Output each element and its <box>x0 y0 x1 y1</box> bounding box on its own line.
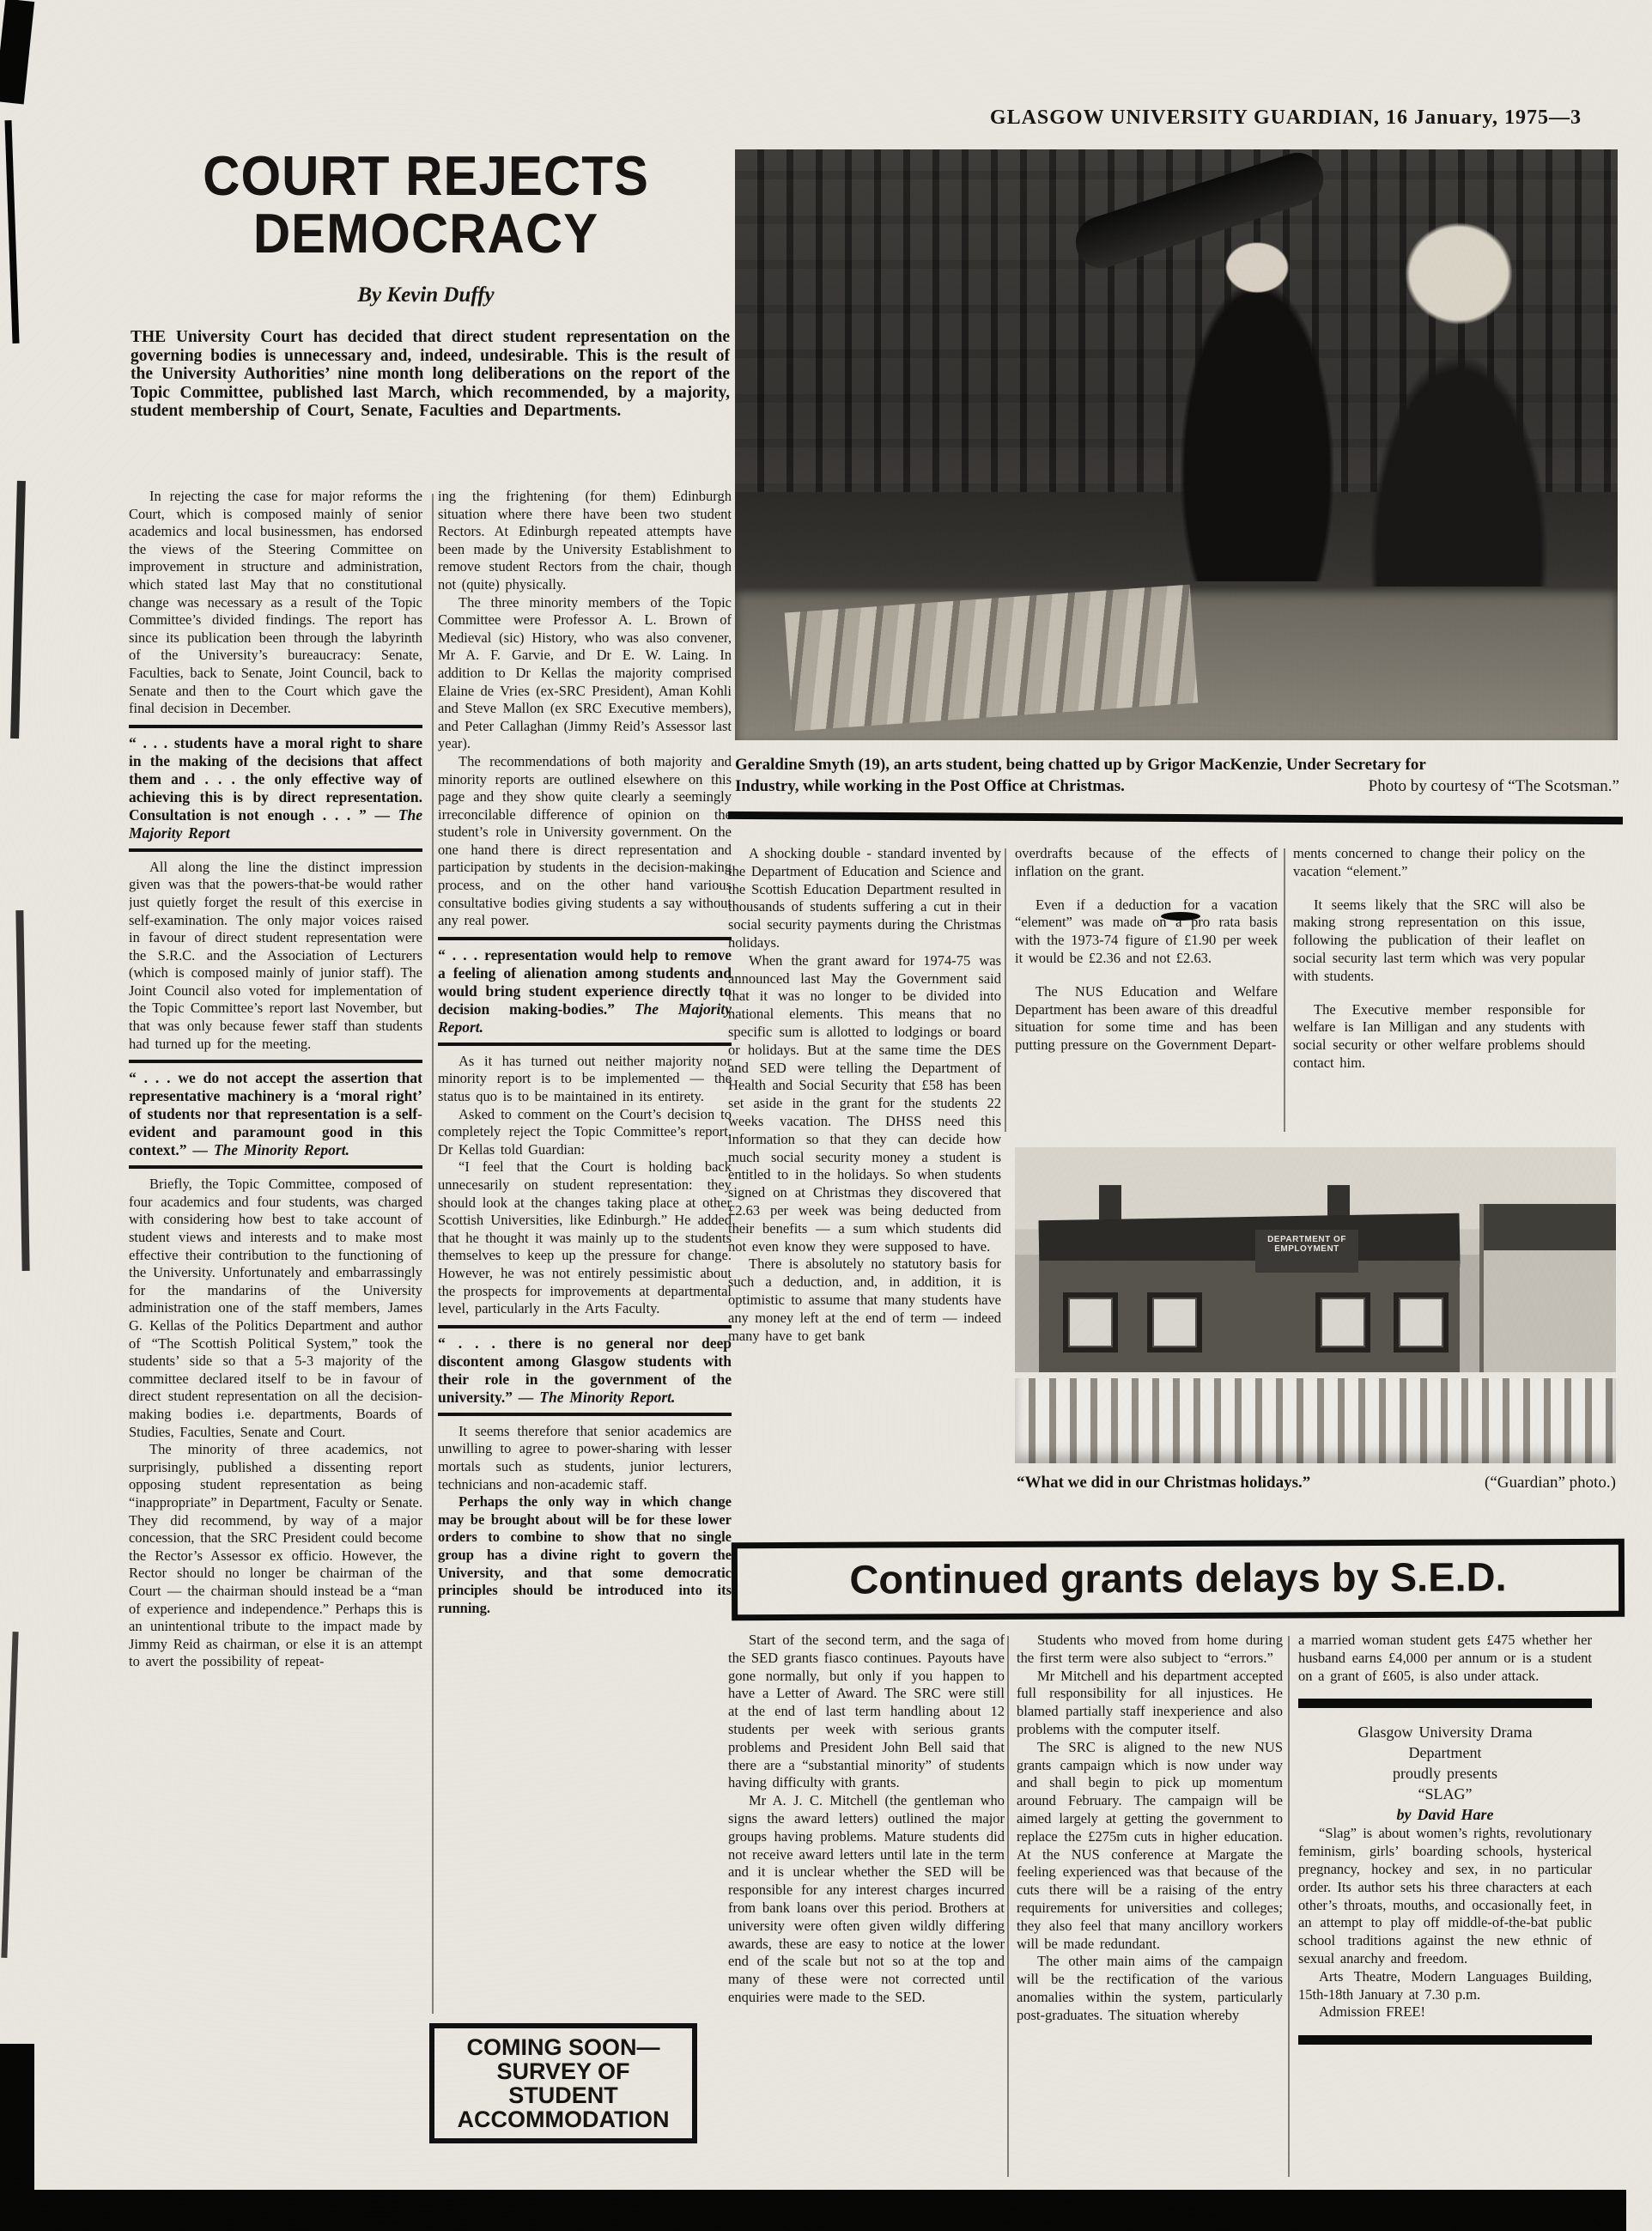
film-artifact <box>15 910 29 1271</box>
paragraph: Admission FREE! <box>1298 2003 1592 2021</box>
photo-window <box>1315 1292 1370 1353</box>
grants-story-column-3: a married woman student gets £475 whethe… <box>1298 1632 1592 2188</box>
ink-blot <box>1161 912 1200 921</box>
coming-soon-line: ACCOMMODATION <box>436 2107 690 2131</box>
coming-soon-line: SURVEY OF <box>436 2059 690 2083</box>
paragraph-bold: Perhaps the only way in which change may… <box>438 1493 732 1617</box>
paragraph: The NUS Education and Welfare Department… <box>1015 983 1278 1055</box>
film-artifact <box>1 1632 18 1958</box>
photo-post-office <box>735 149 1618 740</box>
grants-headline: Continued grants delays by S.E.D. <box>849 1553 1506 1602</box>
film-artifact <box>0 0 34 104</box>
paragraph: As it has turned out neither majority no… <box>438 1053 732 1106</box>
column-rule <box>1005 848 1006 1132</box>
photo1-caption-line2: Industry, while working in the Post Offi… <box>735 775 1125 797</box>
section-divider <box>728 812 1623 824</box>
lead-story-column-2: ing the frightening (for them) Edinburgh… <box>438 488 732 2025</box>
photo-cottage <box>1479 1204 1616 1381</box>
drama-ad-line: Department <box>1298 1742 1592 1763</box>
paragraph: Asked to comment on the Court’s decision… <box>438 1106 732 1159</box>
paragraph: overdrafts because of the effects of inf… <box>1015 845 1278 881</box>
drama-ad-heading: Glasgow University Drama Department prou… <box>1298 1722 1592 1825</box>
grants-story-column-2: Students who moved from home during the … <box>1017 1632 1283 2188</box>
photo-picket-fence <box>1015 1372 1616 1463</box>
paragraph: The other main aims of the campaign will… <box>1017 1953 1283 2024</box>
photo-window <box>1394 1292 1449 1353</box>
paragraph: The three minority members of the Topic … <box>438 594 732 753</box>
paragraph: A shocking double - standard invented by… <box>728 845 1001 952</box>
advert-divider <box>1298 1699 1592 1708</box>
paragraph: “I feel that the Court is holding back u… <box>438 1158 732 1317</box>
grants-headline-box: Continued grants delays by S.E.D. <box>732 1539 1625 1621</box>
coming-soon-line: COMING SOON— <box>436 2035 690 2059</box>
photo-window <box>1147 1292 1202 1353</box>
welfare-story-column-2: overdrafts because of the effects of inf… <box>1015 845 1278 1141</box>
pull-quote-minority-2: “ . . . there is no general nor deep dis… <box>438 1325 732 1416</box>
column-rule <box>1288 1636 1290 2177</box>
photo-window <box>1063 1292 1118 1353</box>
paragraph: There is absolutely no statutory basis f… <box>728 1255 1001 1345</box>
drama-ad-line: Glasgow University Drama <box>1298 1722 1592 1742</box>
paragraph: All along the line the distinct impressi… <box>129 859 422 1054</box>
paragraph: The minority of three academics, not sur… <box>129 1441 422 1671</box>
paragraph: Students who moved from home during the … <box>1017 1632 1283 1668</box>
lead-story-columns: In rejecting the case for major reforms … <box>129 488 732 2124</box>
paragraph: The Executive member responsible for wel… <box>1293 1001 1585 1073</box>
photo2-caption: “What we did in our Christmas holidays.”… <box>1017 1474 1616 1492</box>
drama-ad-author: by David Hare <box>1298 1804 1592 1825</box>
paragraph: a married woman student gets £475 whethe… <box>1298 1632 1592 1685</box>
paragraph: Briefly, the Topic Committee, composed o… <box>129 1176 422 1441</box>
welfare-story-column-1: A shocking double - standard invented by… <box>728 845 1001 1523</box>
paragraph: Mr A. J. C. Mitchell (the gentleman who … <box>728 1792 1005 2007</box>
paragraph: When the grant award for 1974-75 was ann… <box>728 952 1001 1256</box>
paragraph: The SRC is aligned to the new NUS grants… <box>1017 1739 1283 1954</box>
paragraph: The recommendations of both majority and… <box>438 753 732 930</box>
lead-headline-line2: DEMOCRACY <box>129 205 723 263</box>
column-rule <box>1284 848 1285 1132</box>
employment-sign: DEPARTMENT OF EMPLOYMENT <box>1255 1230 1358 1273</box>
paragraph: ing the frightening (for them) Edinburgh… <box>438 488 732 594</box>
paragraph: “Slag” is about women’s rights, revoluti… <box>1298 1825 1592 1967</box>
byline: By Kevin Duffy <box>129 283 723 307</box>
film-artifact <box>10 481 26 739</box>
photo-employment-office: DEPARTMENT OF EMPLOYMENT <box>1015 1147 1616 1463</box>
column-rule <box>432 494 434 2014</box>
drama-ad-line: proudly presents <box>1298 1763 1592 1784</box>
paragraph: It seems likely that the SRC will also b… <box>1293 897 1585 986</box>
coming-soon-box: COMING SOON— SURVEY OF STUDENT ACCOMMODA… <box>429 2023 697 2143</box>
lead-headline-line1: COURT REJECTS <box>129 148 723 205</box>
paragraph: Arts Theatre, Modern Languages Building,… <box>1298 1968 1592 2004</box>
grants-story-column-1: Start of the second term, and the saga o… <box>728 1632 1005 2188</box>
paragraph: In rejecting the case for major reforms … <box>129 488 422 718</box>
lead-paragraph: THE University Court has decided that di… <box>131 328 730 421</box>
lead-story-column-1: In rejecting the case for major reforms … <box>129 488 422 2124</box>
photo1-credit: Photo by courtesy of “The Scotsman.” <box>1369 775 1619 797</box>
paragraph: Mr Mitchell and his department accepted … <box>1017 1668 1283 1739</box>
masthead: GLASGOW UNIVERSITY GUARDIAN, 16 January,… <box>990 106 1582 130</box>
coming-soon-line: STUDENT <box>436 2083 690 2107</box>
photo2-credit: (“Guardian” photo.) <box>1485 1474 1616 1492</box>
photo1-caption: Geraldine Smyth (19), an arts student, b… <box>735 754 1619 797</box>
lead-headline: COURT REJECTS DEMOCRACY <box>129 148 723 263</box>
film-artifact <box>4 120 19 343</box>
film-edge-bottom <box>0 2190 1626 2231</box>
pull-quote-majority-1: “ . . . students have a moral right to s… <box>129 725 422 852</box>
paragraph: Even if a deduction for a vacation “elem… <box>1015 897 1278 968</box>
paragraph: It seems therefore that senior academics… <box>438 1423 732 1493</box>
photo-chimney <box>1099 1185 1121 1219</box>
pull-quote-majority-2: “ . . . representation would help to rem… <box>438 937 732 1046</box>
photo1-caption-line1: Geraldine Smyth (19), an arts student, b… <box>735 754 1619 775</box>
advert-divider <box>1298 2035 1592 2045</box>
pull-quote-attribution: — The Minority Report. <box>192 1141 349 1158</box>
column-rule <box>1007 1636 1009 2177</box>
welfare-story-column-3: ments concerned to change their policy o… <box>1293 845 1585 1141</box>
pull-quote-minority-1: “ . . . we do not accept the assertion t… <box>129 1060 422 1169</box>
newspaper-page: GLASGOW UNIVERSITY GUARDIAN, 16 January,… <box>0 0 1652 2231</box>
paragraph: ments concerned to change their policy o… <box>1293 845 1585 881</box>
drama-ad-title: “SLAG” <box>1298 1784 1592 1804</box>
photo2-caption-text: “What we did in our Christmas holidays.” <box>1017 1474 1310 1492</box>
pull-quote-attribution: — The Minority Report. <box>519 1389 676 1406</box>
paragraph: Start of the second term, and the saga o… <box>728 1632 1005 1792</box>
